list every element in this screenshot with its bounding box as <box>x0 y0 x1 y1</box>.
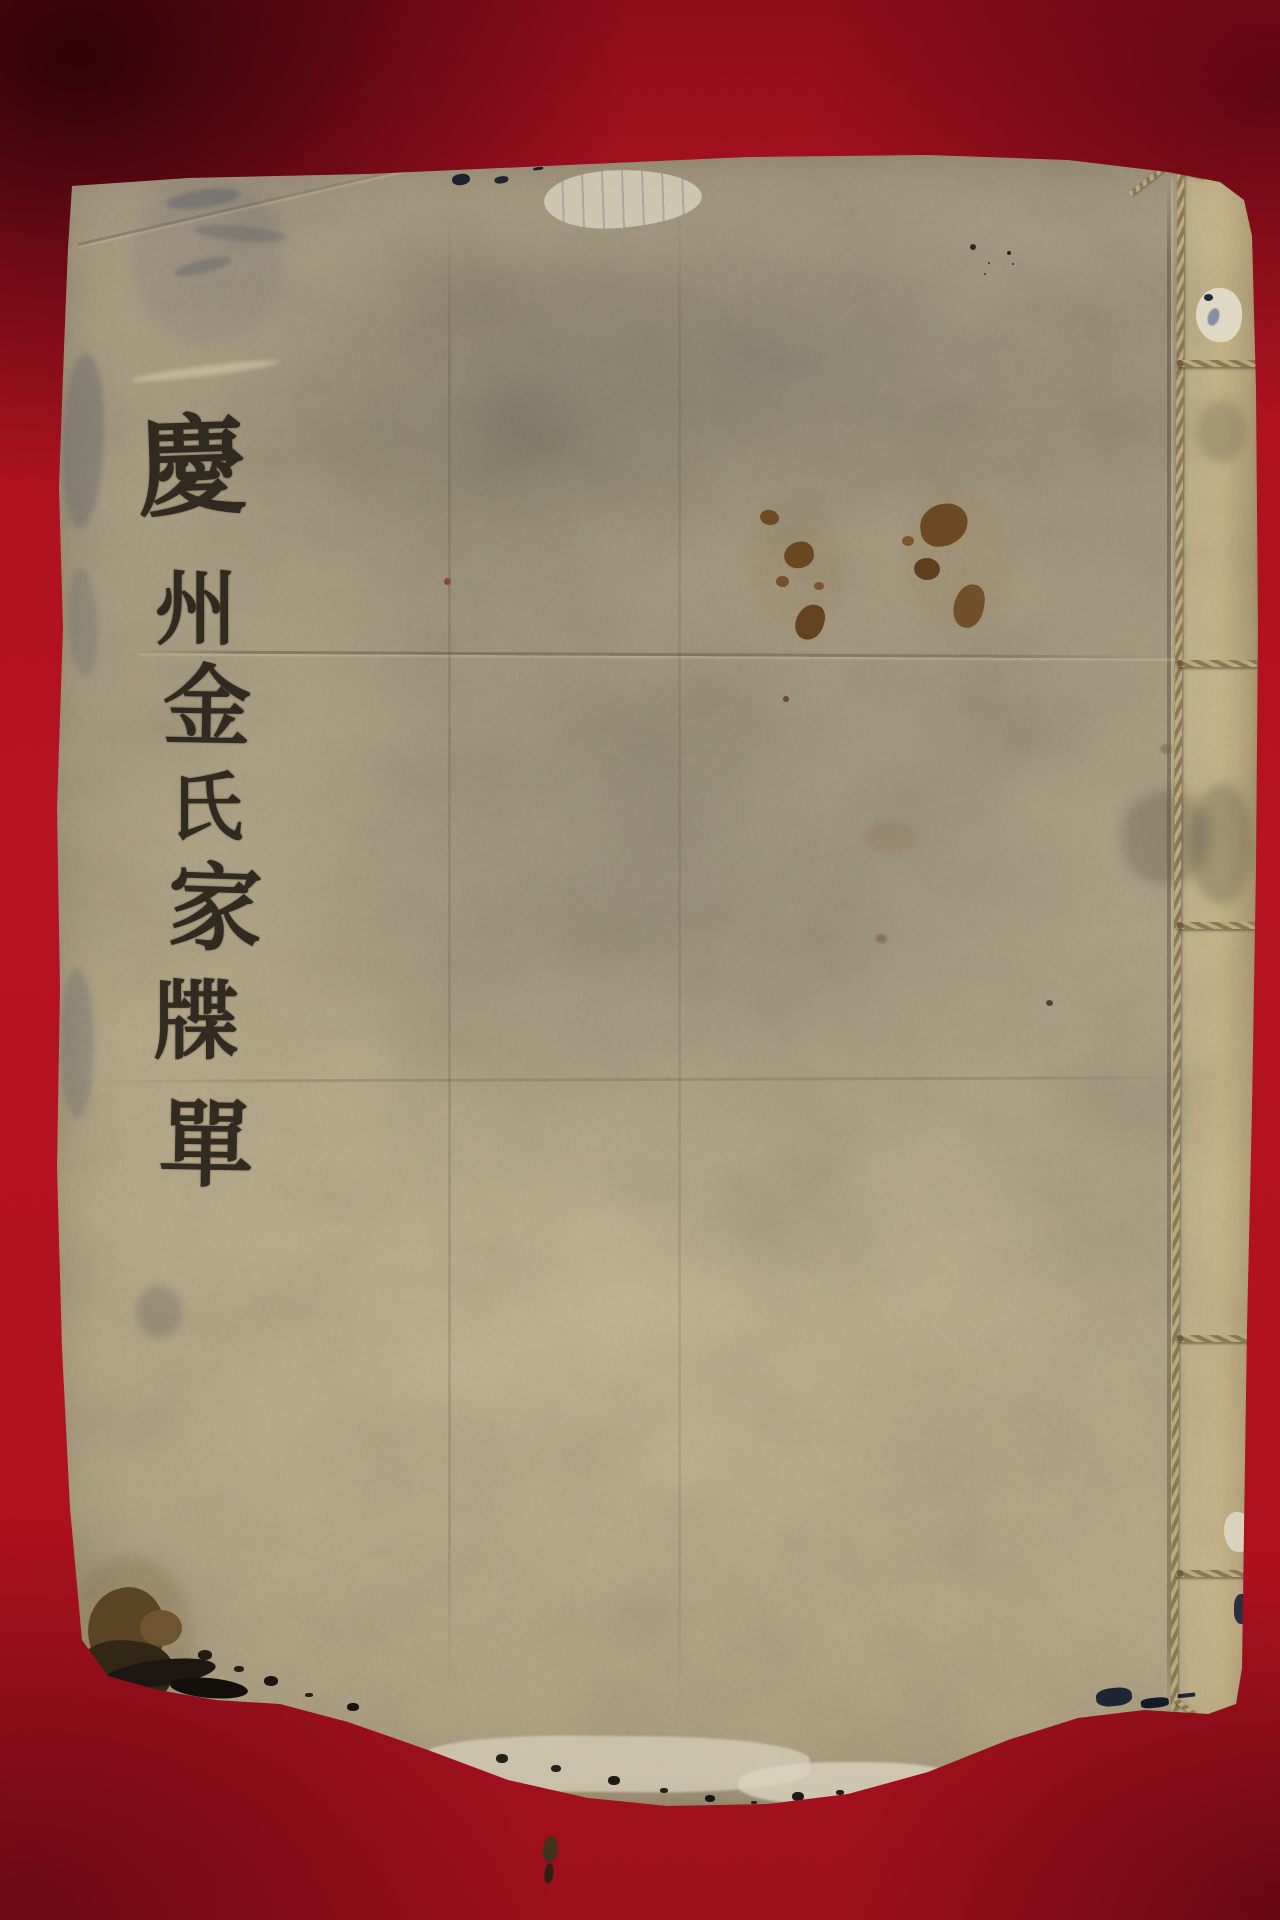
binding-stitch <box>1176 360 1258 367</box>
stain-spot <box>776 576 789 587</box>
stain-spot <box>814 582 824 590</box>
dark-fleck <box>1204 294 1213 301</box>
binding-stitch <box>1176 1570 1254 1577</box>
torn-paper-patch-top <box>543 167 703 230</box>
title-character: 單 <box>158 1099 254 1195</box>
small-stain-dot <box>444 578 451 585</box>
dark-edge-chip <box>1234 1594 1251 1624</box>
horizontal-fold-crease <box>138 650 1178 658</box>
corner-stain <box>140 1610 182 1646</box>
binding-stitch <box>1176 922 1258 929</box>
grime-patch <box>1120 790 1210 885</box>
white-edge-chip <box>1224 1512 1250 1552</box>
worn-white-band <box>738 1762 968 1806</box>
title-character: 金 <box>162 662 252 752</box>
red-felt-background: 慶 州 金 氏 家 牒 單 <box>0 0 1280 1920</box>
faint-smudge <box>136 1286 182 1338</box>
spine-fold-crease <box>1167 178 1171 1714</box>
binding-stitch <box>1176 660 1258 667</box>
horizontal-fold-crease <box>108 1076 1188 1083</box>
ghost-ink-left-edge <box>65 567 101 678</box>
small-stain-dot <box>1046 1000 1053 1006</box>
title-character: 州 <box>155 569 237 651</box>
small-stain-dot <box>1160 744 1172 754</box>
title-character: 氏 <box>169 771 243 845</box>
spine-edge-strip <box>1174 152 1260 1758</box>
title-character: 家 <box>166 861 264 959</box>
grime-patch <box>1198 400 1246 462</box>
ghost-ink-left-edge <box>59 352 107 528</box>
ghost-ink-left-edge <box>60 968 94 1118</box>
small-stain-dot <box>783 696 789 702</box>
book-cover: 慶 州 金 氏 家 牒 單 <box>48 148 1260 1810</box>
title-character: 慶 <box>135 410 249 524</box>
title-character: 牒 <box>153 979 239 1065</box>
vertical-fold-crease <box>448 208 451 1688</box>
stain-spot <box>902 536 914 546</box>
top-edge-chip-speckles <box>451 173 470 186</box>
paper-fiber-streak <box>130 357 280 385</box>
bottom-edge-chip-speckles <box>198 1650 212 1660</box>
small-stain-dot <box>876 934 887 943</box>
bottom-edge-chip-speckles <box>496 1754 508 1763</box>
vertical-fold-crease <box>678 188 681 1728</box>
dark-edge-chips <box>1095 1686 1133 1708</box>
debris-on-felt <box>541 1835 559 1863</box>
soft-stain <box>864 820 916 854</box>
binding-stitch <box>1176 1335 1256 1342</box>
ink-dot-speckles <box>970 244 976 250</box>
corner-stain-swirl <box>169 1675 248 1702</box>
